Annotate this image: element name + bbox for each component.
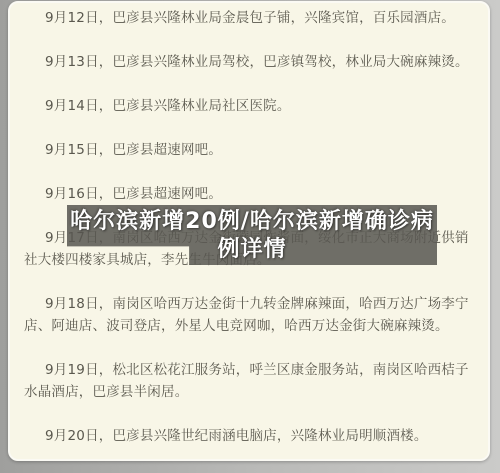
timeline-entry: 9月20日，巴彦县兴隆世纪雨涵电脑店，兴隆林业局明顺酒楼。 (24, 425, 476, 447)
timeline-entry: 9月13日，巴彦县兴隆林业局驾校，巴彦镇驾校，林业局大碗麻辣烫。 (24, 51, 476, 73)
timeline-entry: 9月15日，巴彦县超速网吧。 (24, 139, 476, 161)
page-background: 9月12日，巴彦县兴隆林业局金晨包子铺，兴隆宾馆，百乐园酒店。 9月13日，巴彦… (0, 0, 500, 473)
title-overlay-line2: 例详情 (217, 236, 286, 264)
timeline-entry: 9月19日，松北区松花江服务站，呼兰区康金服务站，南岗区哈西桔子水晶酒店，巴彦县… (24, 359, 476, 403)
timeline-entry: 9月14日，巴彦县兴隆林业局社区医院。 (24, 95, 476, 117)
timeline-entry: 9月16日，巴彦县超速网吧。 (24, 183, 476, 205)
timeline-entry: 9月12日，巴彦县兴隆林业局金晨包子铺，兴隆宾馆，百乐园酒店。 (24, 7, 476, 29)
title-overlay-line1: 哈尔滨新增20例/哈尔滨新增确诊病 (70, 208, 434, 236)
timeline-entry: 9月18日，南岗区哈西万达金街十九转金牌麻辣面，哈西万达广场李宁店、阿迪店、波司… (24, 293, 476, 337)
